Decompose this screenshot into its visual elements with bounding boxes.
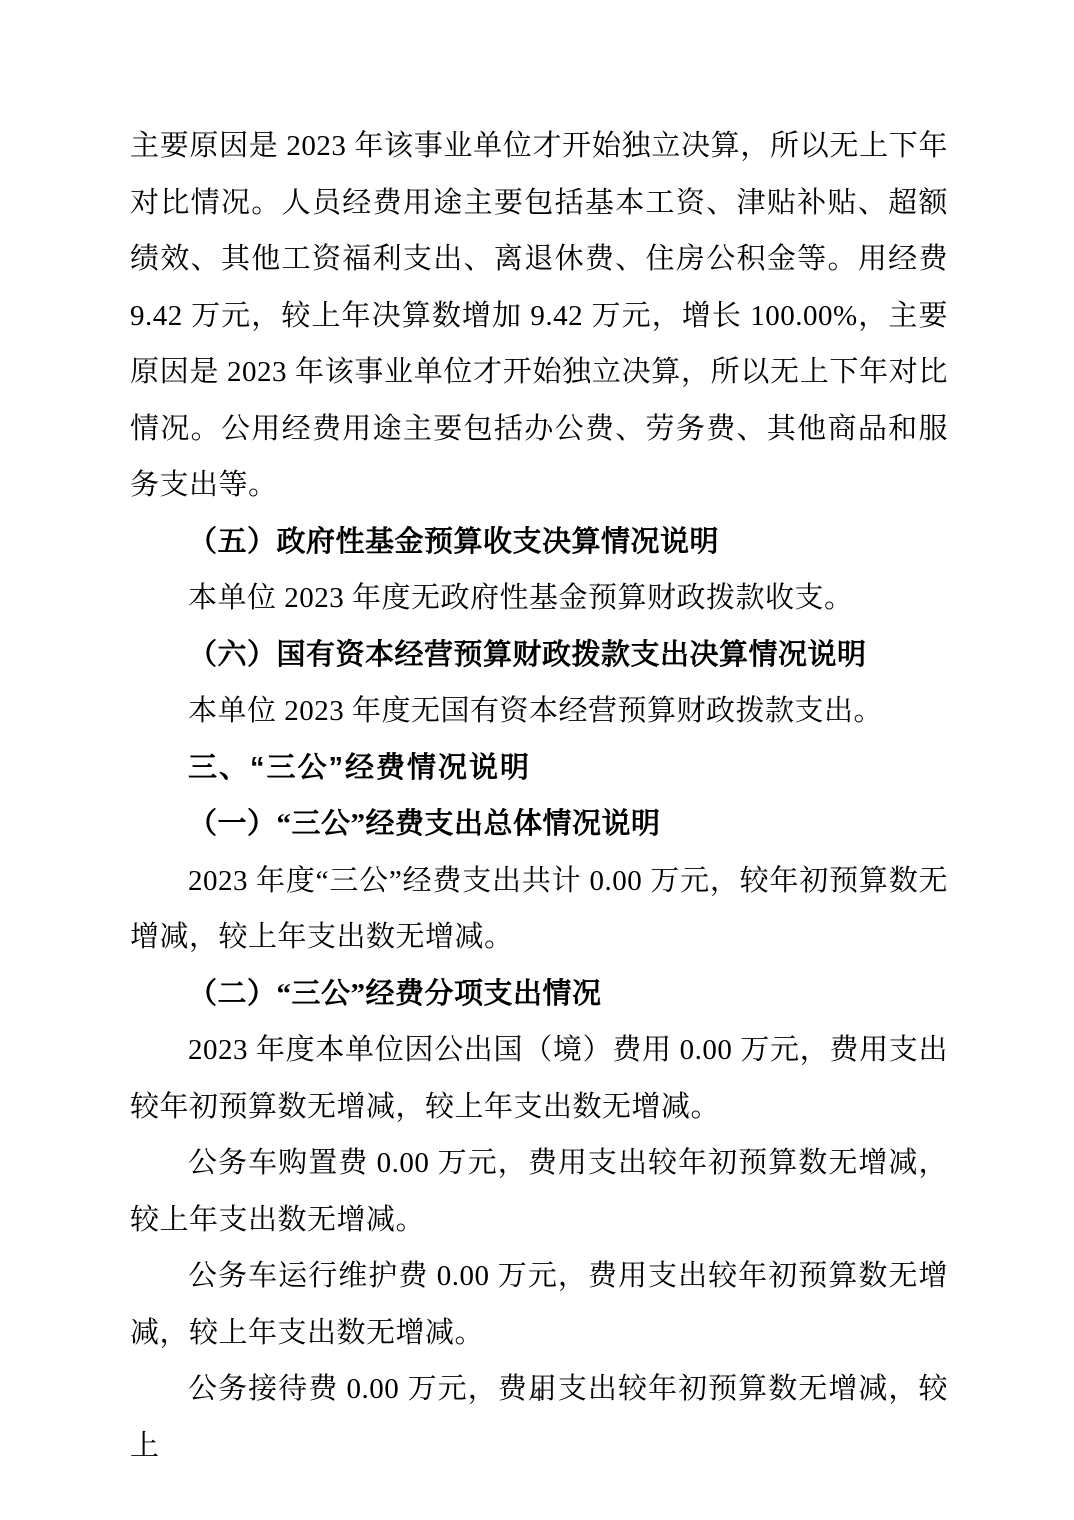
paragraph-no-government-fund-budget: 本单位 2023 年度无政府性基金预算财政拨款收支。: [130, 570, 948, 627]
paragraph-overall-expense-total: 2023 年度“三公”经费支出共计 0.00 万元，较年初预算数无增减，较上年支…: [130, 853, 948, 966]
heading-three-public-expenses: 三、“三公”经费情况说明: [130, 740, 948, 797]
heading-sub-one-overall-expenses: （一）“三公”经费支出总体情况说明: [130, 796, 948, 853]
document-page: 主要原因是 2023 年该事业单位才开始独立决算，所以无上下年对比情况。人员经费…: [0, 0, 1074, 1520]
heading-section-five-government-funds: （五）政府性基金预算收支决算情况说明: [130, 514, 948, 571]
page-number: 4: [0, 1382, 1074, 1407]
text-block: 主要原因是 2023 年该事业单位才开始独立决算，所以无上下年对比情况。人员经费…: [130, 118, 948, 1474]
paragraph-no-state-capital-budget: 本单位 2023 年度无国有资本经营预算财政拨款支出。: [130, 683, 948, 740]
paragraph-official-reception-expense: 公务接待费 0.00 万元，费用支出较年初预算数无增减，较上: [130, 1361, 948, 1474]
paragraph-overseas-travel-expense: 2023 年度本单位因公出国（境）费用 0.00 万元，费用支出较年初预算数无增…: [130, 1022, 948, 1135]
heading-sub-two-itemized-expenses: （二）“三公”经费分项支出情况: [130, 966, 948, 1023]
paragraph-personnel-funds-continuation: 主要原因是 2023 年该事业单位才开始独立决算，所以无上下年对比情况。人员经费…: [130, 118, 948, 514]
paragraph-vehicle-maintenance-expense: 公务车运行维护费 0.00 万元，费用支出较年初预算数无增减，较上年支出数无增减…: [130, 1248, 948, 1361]
heading-section-six-state-capital: （六）国有资本经营预算财政拨款支出决算情况说明: [130, 627, 948, 684]
paragraph-vehicle-purchase-expense: 公务车购置费 0.00 万元，费用支出较年初预算数无增减，较上年支出数无增减。: [130, 1135, 948, 1248]
